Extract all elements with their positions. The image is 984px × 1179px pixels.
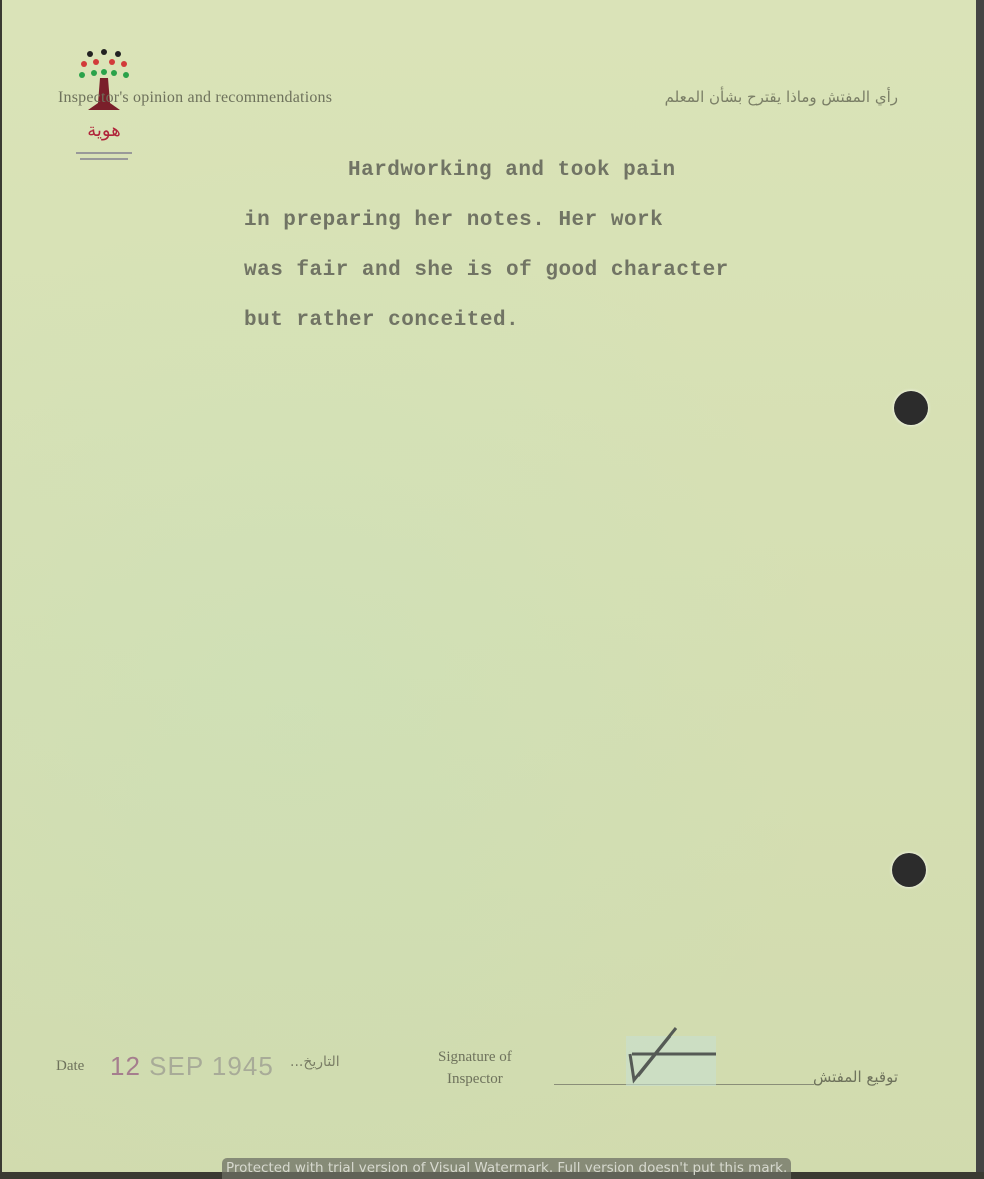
punch-hole bbox=[894, 391, 928, 425]
remark-line: was fair and she is of good character bbox=[244, 246, 844, 296]
punch-hole bbox=[892, 853, 926, 887]
signature-label-line2: Inspector bbox=[438, 1068, 512, 1090]
watermark-banner: Protected with trial version of Visual W… bbox=[222, 1158, 791, 1179]
date-label-arabic: ...التاريخ bbox=[290, 1054, 340, 1070]
document-page: هوية Inspector's opinion and recommendat… bbox=[2, 0, 976, 1172]
remark-line: but rather conceited. bbox=[244, 296, 844, 346]
date-label: Date bbox=[56, 1058, 84, 1075]
signature-label-arabic: توقيع المفتش bbox=[813, 1068, 898, 1086]
signature-label: Signature of Inspector bbox=[438, 1046, 512, 1090]
scan-edge bbox=[976, 0, 984, 1179]
signature-mark-icon bbox=[626, 1026, 726, 1086]
date-stamp-month-year: SEP 1945 bbox=[149, 1051, 274, 1081]
header-arabic: رأي المفتش وماذا يقترح بشأن المعلم bbox=[665, 88, 898, 106]
date-stamp-day: 12 bbox=[110, 1051, 141, 1081]
header-english: Inspector's opinion and recommendations bbox=[58, 89, 332, 107]
remark-line: Hardworking and took pain bbox=[244, 146, 844, 196]
remark-line: in preparing her notes. Her work bbox=[244, 196, 844, 246]
tree-logo-icon: هوية bbox=[72, 48, 136, 168]
inspector-remarks: Hardworking and took pain in preparing h… bbox=[244, 146, 844, 346]
signature-label-line1: Signature of bbox=[438, 1046, 512, 1068]
date-stamp: 12 SEP 1945 bbox=[110, 1051, 274, 1082]
svg-text:هوية: هوية bbox=[87, 120, 120, 141]
